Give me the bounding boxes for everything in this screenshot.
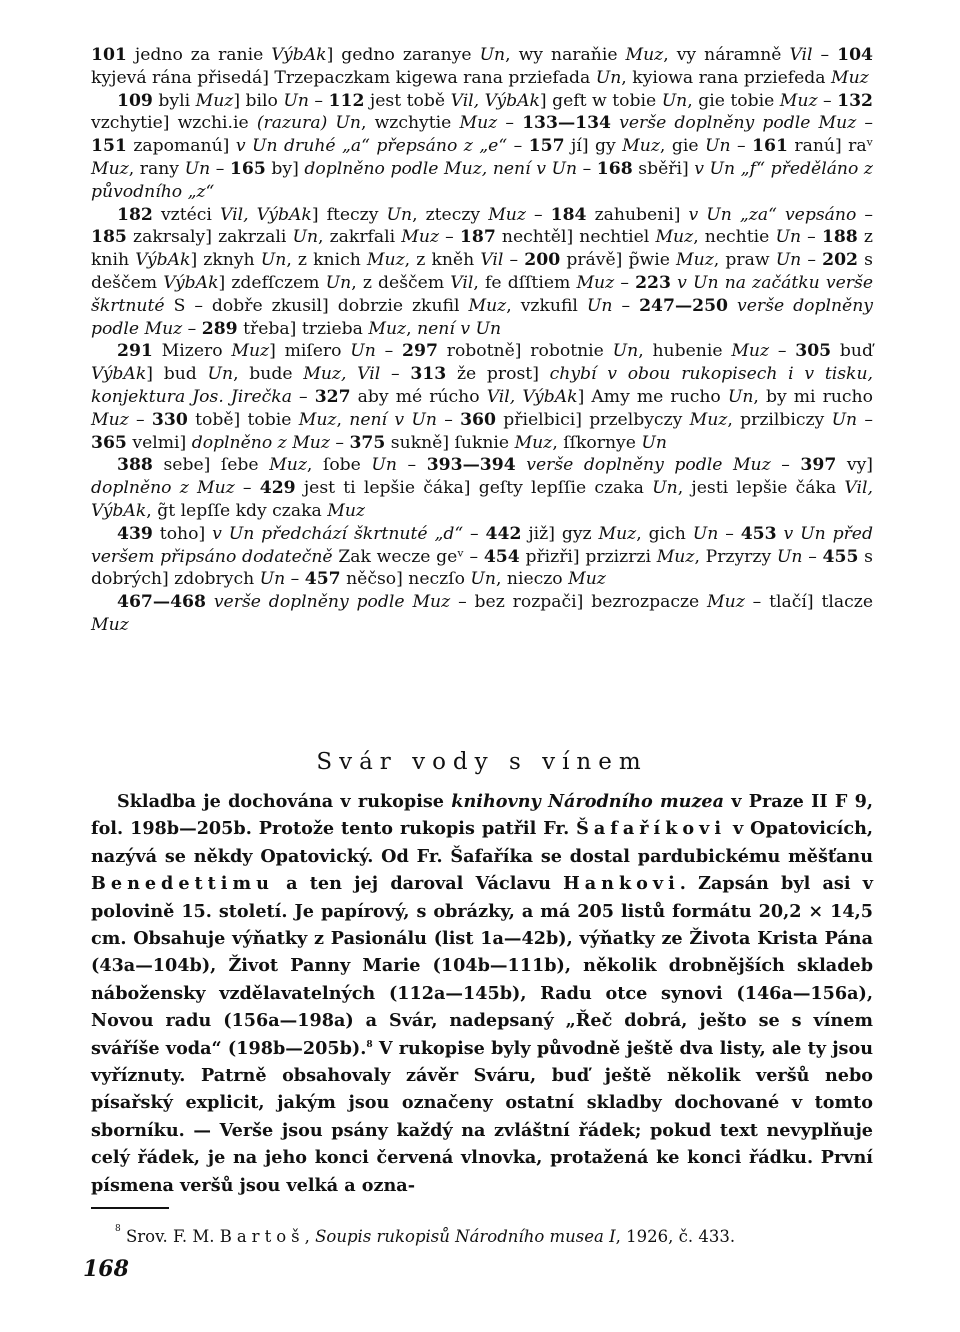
body-paragraph: Skladba je dochována v rukopise knihovny… — [91, 788, 873, 1199]
page-number: 168 — [83, 1256, 129, 1282]
apparatus-paragraph: 182 vztéci Vil, VýbAk] fteczy Un, zteczy… — [91, 204, 873, 341]
apparatus-paragraph: 109 byli Muz] bilo Un – 112 jest tobě Vi… — [91, 90, 873, 204]
section-title: Svár vody s vínem — [91, 749, 873, 775]
apparatus-paragraph: 291 Mizero Muz] miſero Un – 297 robotně]… — [91, 340, 873, 454]
footnote-divider — [91, 1207, 169, 1209]
apparatus-paragraph: 388 sebe] ſebe Muz, ſobe Un – 393—394 ve… — [91, 454, 873, 522]
apparatus-paragraph: 101 jedno za ranie VýbAk] gedno zaranye … — [91, 44, 873, 90]
apparatus-paragraph: 467—468 verše doplněny podle Muz – bez r… — [91, 591, 873, 637]
intro-paragraph: Skladba je dochována v rukopise knihovny… — [91, 788, 873, 1199]
apparatus-paragraph: 439 toho] v Un předchází škrtnuté „d“ – … — [91, 523, 873, 591]
critical-apparatus: 101 jedno za ranie VýbAk] gedno zaranye … — [91, 44, 873, 637]
footnote: 8 Srov. F. M. Bartoš, Soupis rukopisů Ná… — [115, 1227, 735, 1246]
book-page: 101 jedno za ranie VýbAk] gedno zaranye … — [91, 44, 873, 637]
